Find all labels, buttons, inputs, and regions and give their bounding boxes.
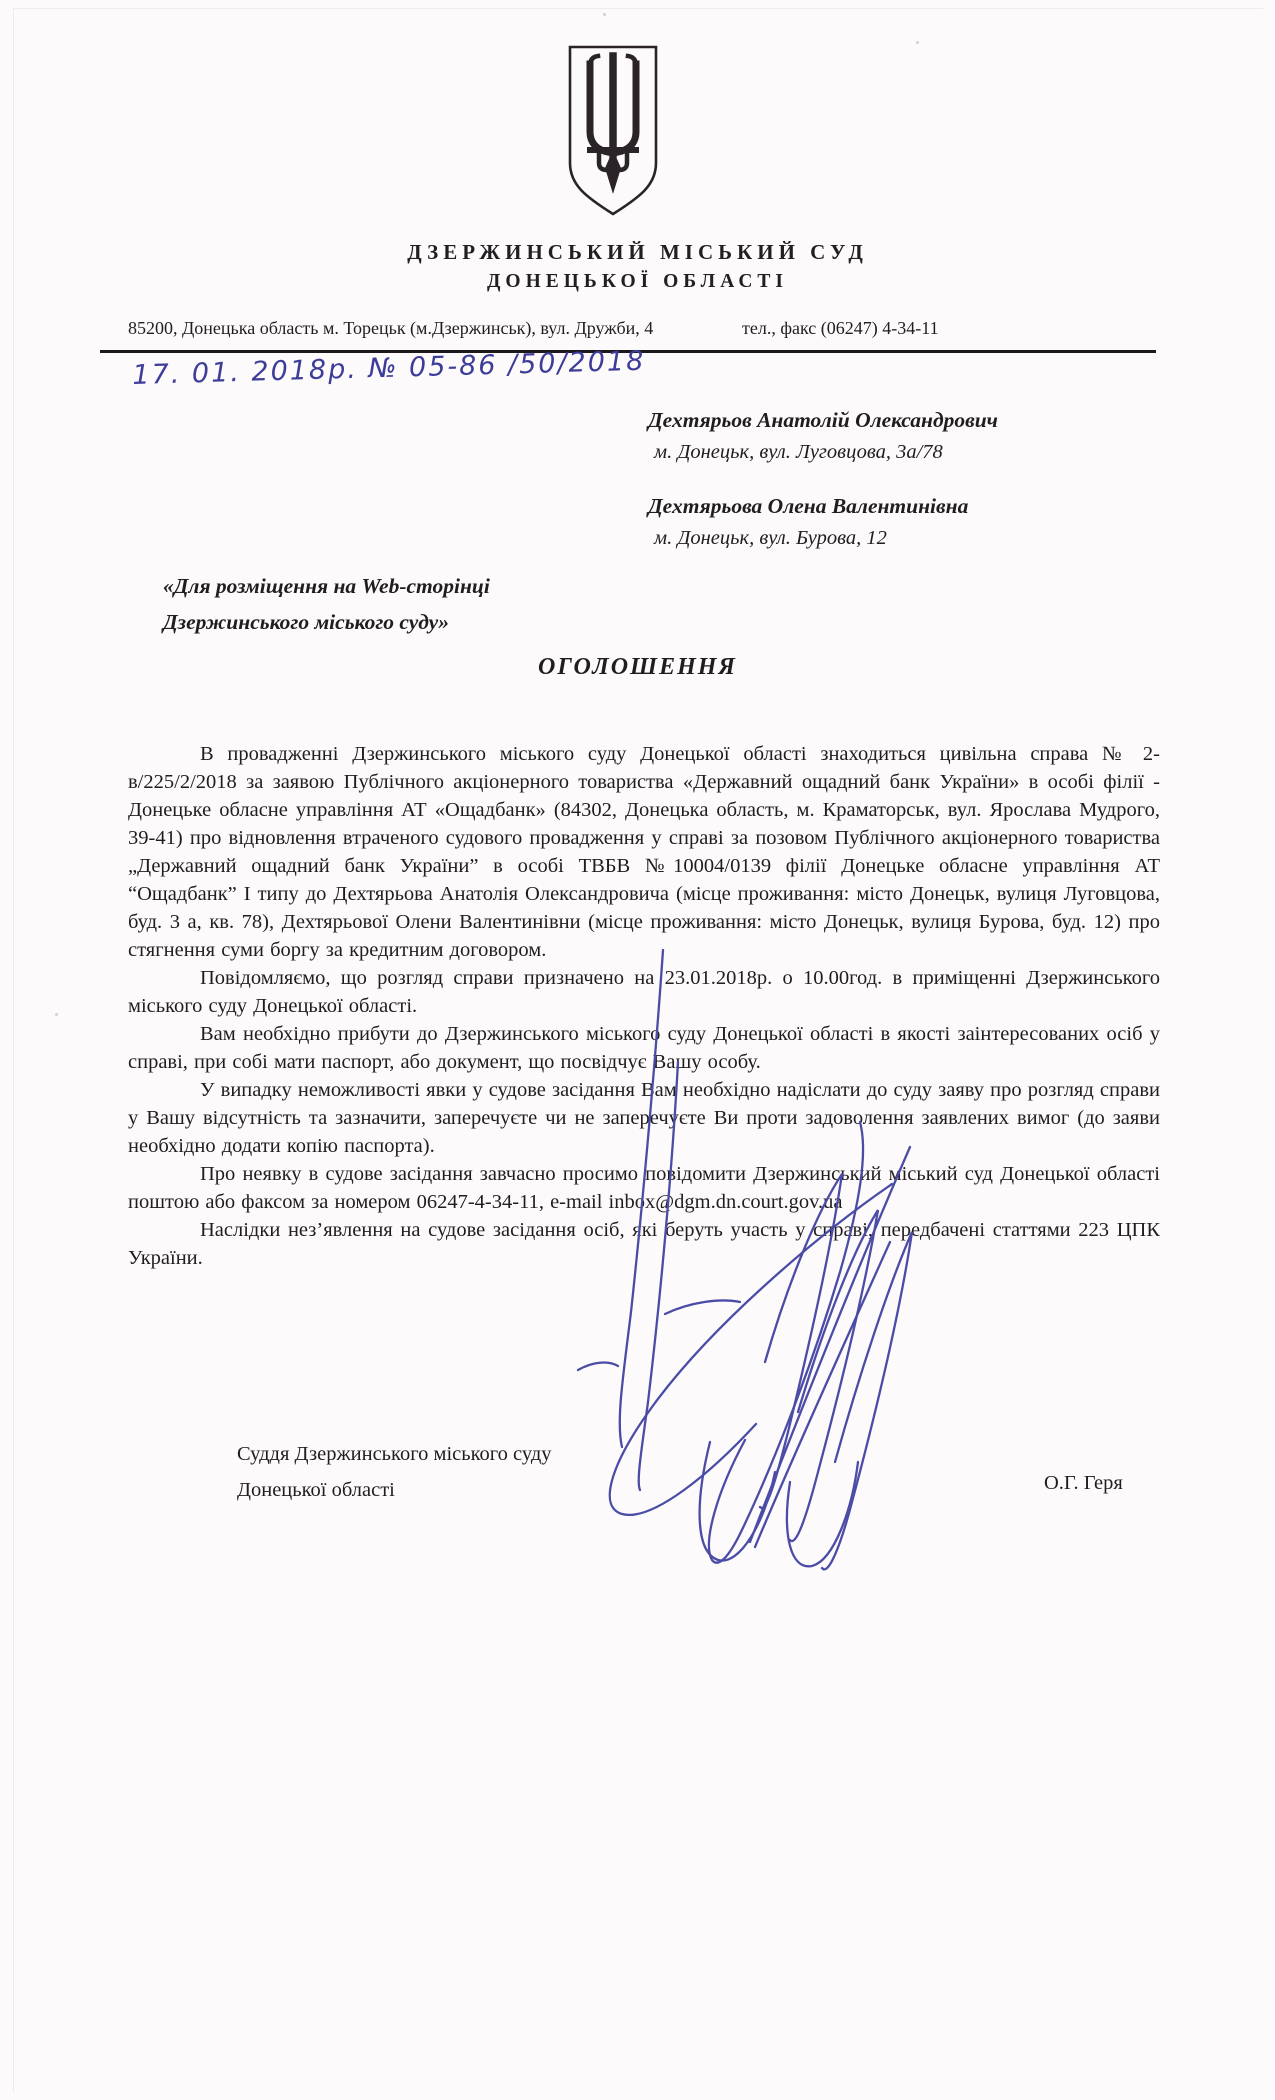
coat-of-arms-trident-icon bbox=[565, 44, 661, 218]
court-letter-page: ДЗЕРЖИНСЬКИЙ МІСЬКИЙ СУД ДОНЕЦЬКОЇ ОБЛАС… bbox=[0, 0, 1275, 2100]
scan-edge bbox=[13, 8, 14, 2092]
recipient-block-1: Дехтярьов Анатолій Олександрович м. Доне… bbox=[648, 408, 1168, 464]
web-placement-note: «Для розміщення на Web-сторінці Дзержинс… bbox=[163, 568, 490, 640]
announcement-title: ОГОЛОШЕННЯ bbox=[0, 654, 1275, 681]
web-note-line2: Дзержинського міського суду» bbox=[163, 604, 490, 640]
recipient-name: Дехтярьов Анатолій Олександрович bbox=[648, 408, 1168, 433]
recipient-name: Дехтярьова Олена Валентинівна bbox=[648, 494, 1168, 519]
body-paragraph: Повідомляємо, що розгляд справи призначе… bbox=[128, 964, 1160, 1020]
body-paragraph: Про неявку в судове засідання завчасно п… bbox=[128, 1160, 1160, 1216]
court-address: 85200, Донецька область м. Торецьк (м.Дз… bbox=[128, 318, 1168, 339]
judge-name: О.Г. Геря bbox=[1044, 1472, 1123, 1495]
recipient-block-2: Дехтярьова Олена Валентинівна м. Донецьк… bbox=[648, 494, 1168, 550]
recipient-address: м. Донецьк, вул. Бурова, 12 bbox=[648, 527, 1168, 550]
court-name-line2: ДОНЕЦЬКОЇ ОБЛАСТІ bbox=[0, 271, 1275, 293]
scan-artifact-dot bbox=[55, 1013, 58, 1016]
scan-edge bbox=[13, 8, 1263, 9]
announcement-body: В провадженні Дзержинського міського суд… bbox=[128, 740, 1160, 1272]
scan-artifact-dot bbox=[603, 13, 606, 16]
body-paragraph: Наслідки нез’явлення на судове засідання… bbox=[128, 1216, 1160, 1272]
judge-title-line2: Донецької області bbox=[237, 1472, 552, 1508]
web-note-line1: «Для розміщення на Web-сторінці bbox=[163, 568, 490, 604]
court-name-line1: ДЗЕРЖИНСЬКИЙ МІСЬКИЙ СУД bbox=[0, 240, 1275, 265]
judge-title-line1: Суддя Дзержинського міського суду bbox=[237, 1436, 552, 1472]
body-paragraph: У випадку неможливості явки у судове зас… bbox=[128, 1076, 1160, 1160]
recipient-address: м. Донецьк, вул. Луговцова, 3а/78 bbox=[648, 441, 1168, 464]
court-phone-fax: тел., факс (06247) 4-34-11 bbox=[742, 318, 939, 339]
body-paragraph: Вам необхідно прибути до Дзержинського м… bbox=[128, 1020, 1160, 1076]
body-paragraph: В провадженні Дзержинського міського суд… bbox=[128, 740, 1160, 964]
judge-title-block: Суддя Дзержинського міського суду Донець… bbox=[237, 1436, 552, 1508]
scan-artifact-dot bbox=[916, 41, 919, 44]
